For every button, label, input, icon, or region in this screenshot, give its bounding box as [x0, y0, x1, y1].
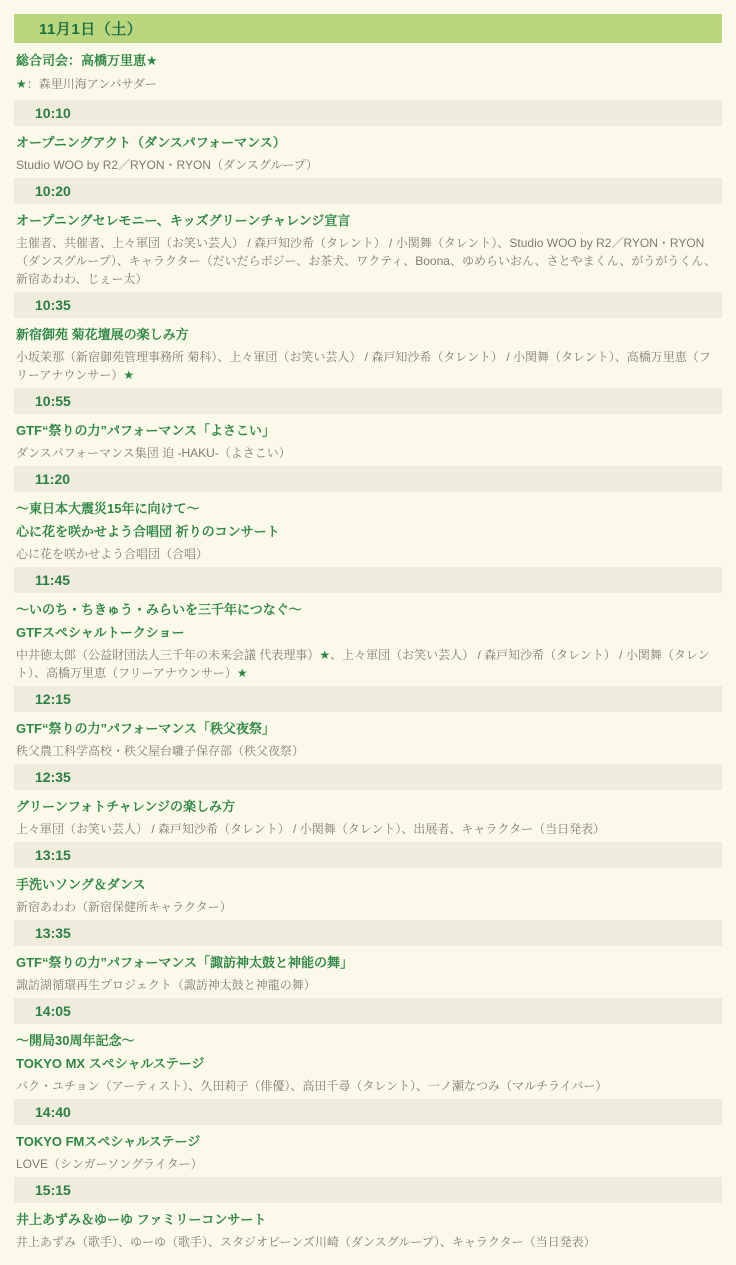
event-title: ～開局30周年記念～ — [16, 1031, 722, 1050]
event-titles: グリーンフォトチャレンジの楽しみ方 — [14, 797, 722, 816]
time-slot-bar: 13:35 — [14, 920, 722, 946]
ambassador-note: ★：森里川海アンバサダー — [16, 75, 722, 93]
event-title: GTF“祭りの力”パフォーマンス「諏訪神太鼓と神能の舞」 — [16, 953, 722, 972]
event-block-10-10: 10:10 オープニングアクト（ダンスパフォーマンス） Studio WOO b… — [14, 100, 722, 174]
event-block-14-05: 14:05 ～開局30周年記念～TOKYO MX スペシャルステージ パク・ユチ… — [14, 998, 722, 1095]
event-title: ～東日本大震災15年に向けて～ — [16, 499, 722, 518]
event-title: 新宿御苑 菊花壇展の楽しみ方 — [16, 325, 722, 344]
schedule-page: 11月1日（土） 総合司会：高橋万里恵★ ★：森里川海アンバサダー 10:10 … — [0, 0, 736, 1265]
event-cast: 秩父農工科学高校・秩父屋台囃子保存部（秩父夜祭） — [16, 742, 722, 760]
event-title: GTFスペシャルトークショー — [16, 623, 722, 642]
event-titles: オープニングアクト（ダンスパフォーマンス） — [14, 133, 722, 152]
event-title: オープニングセレモニー、キッズグリーンチャレンジ宣言 — [16, 211, 722, 230]
star-icon: ★ — [16, 77, 27, 91]
event-title: 心に花を咲かせよう合唱団 祈りのコンサート — [16, 522, 722, 541]
star-icon: ★ — [319, 648, 330, 662]
event-titles: ～東日本大震災15年に向けて～心に花を咲かせよう合唱団 祈りのコンサート — [14, 499, 722, 541]
time-slot-bar: 10:55 — [14, 388, 722, 414]
date-header: 11月1日（土） — [14, 14, 722, 43]
event-cast: Studio WOO by R2／RYON・RYON（ダンスグループ） — [16, 156, 722, 174]
mc-line: 総合司会：高橋万里恵★ — [16, 52, 722, 70]
event-title: グリーンフォトチャレンジの楽しみ方 — [16, 797, 722, 816]
time-slot-bar: 10:20 — [14, 178, 722, 204]
time-slot-bar: 12:35 — [14, 764, 722, 790]
time-slot-bar: 15:15 — [14, 1177, 722, 1203]
time-label: 13:15 — [35, 847, 71, 863]
schedule-list: 10:10 オープニングアクト（ダンスパフォーマンス） Studio WOO b… — [14, 100, 722, 1251]
event-cast: パク・ユチョン（アーティスト）、久田莉子（俳優）、高田千尋（タレント）、一ノ瀬な… — [16, 1077, 722, 1095]
time-label: 12:35 — [35, 769, 71, 785]
event-titles: 新宿御苑 菊花壇展の楽しみ方 — [14, 325, 722, 344]
event-titles: GTF“祭りの力”パフォーマンス「よさこい」 — [14, 421, 722, 440]
event-title: GTF“祭りの力”パフォーマンス「よさこい」 — [16, 421, 722, 440]
event-title: TOKYO FMスペシャルステージ — [16, 1132, 722, 1151]
time-slot-bar: 14:05 — [14, 998, 722, 1024]
event-titles: ～いのち・ちきゅう・みらいを三千年につなぐ～GTFスペシャルトークショー — [14, 600, 722, 642]
star-icon: ★ — [237, 666, 248, 680]
time-label: 12:15 — [35, 691, 71, 707]
time-label: 10:20 — [35, 183, 71, 199]
time-label: 14:40 — [35, 1104, 71, 1120]
event-block-13-15: 13:15 手洗いソング＆ダンス 新宿あわわ（新宿保健所キャラクター） — [14, 842, 722, 916]
event-title: オープニングアクト（ダンスパフォーマンス） — [16, 133, 722, 152]
event-block-10-20: 10:20 オープニングセレモニー、キッズグリーンチャレンジ宣言 主催者、共催者… — [14, 178, 722, 288]
time-label: 15:15 — [35, 1182, 71, 1198]
event-block-12-15: 12:15 GTF“祭りの力”パフォーマンス「秩父夜祭」 秩父農工科学高校・秩父… — [14, 686, 722, 760]
star-icon: ★ — [123, 368, 134, 382]
time-label: 10:55 — [35, 393, 71, 409]
time-label: 11:45 — [35, 572, 70, 588]
time-slot-bar: 10:35 — [14, 292, 722, 318]
time-slot-bar: 13:15 — [14, 842, 722, 868]
event-block-15-15: 15:15 井上あずみ＆ゆーゆ ファミリーコンサート 井上あずみ（歌手）、ゆーゆ… — [14, 1177, 722, 1251]
event-title: 井上あずみ＆ゆーゆ ファミリーコンサート — [16, 1210, 722, 1229]
event-titles: GTF“祭りの力”パフォーマンス「諏訪神太鼓と神能の舞」 — [14, 953, 722, 972]
event-cast: 諏訪湖循環再生プロジェクト（諏訪神太鼓と神龍の舞） — [16, 976, 722, 994]
event-titles: オープニングセレモニー、キッズグリーンチャレンジ宣言 — [14, 211, 722, 230]
event-cast: 新宿あわわ（新宿保健所キャラクター） — [16, 898, 722, 916]
event-titles: GTF“祭りの力”パフォーマンス「秩父夜祭」 — [14, 719, 722, 738]
ambassador-note-text: ：森里川海アンバサダー — [27, 77, 157, 91]
date-title: 11月1日（土） — [39, 18, 142, 39]
event-block-13-35: 13:35 GTF“祭りの力”パフォーマンス「諏訪神太鼓と神能の舞」 諏訪湖循環… — [14, 920, 722, 994]
time-label: 11:20 — [35, 471, 70, 487]
event-title: GTF“祭りの力”パフォーマンス「秩父夜祭」 — [16, 719, 722, 738]
time-slot-bar: 10:10 — [14, 100, 722, 126]
time-label: 10:35 — [35, 297, 71, 313]
event-titles: 手洗いソング＆ダンス — [14, 875, 722, 894]
event-cast: 心に花を咲かせよう合唱団（合唱） — [16, 545, 722, 563]
time-label: 14:05 — [35, 1003, 71, 1019]
time-slot-bar: 11:20 — [14, 466, 722, 492]
event-block-10-55: 10:55 GTF“祭りの力”パフォーマンス「よさこい」 ダンスパフォーマンス集… — [14, 388, 722, 462]
event-cast: 中井徳太郎（公益財団法人三千年の未来会議 代表理事）★、上々軍団（お笑い芸人） … — [16, 646, 722, 682]
event-cast: 小坂茉那（新宿御苑管理事務所 菊科）、上々軍団（お笑い芸人） / 森戸知沙希（タ… — [16, 348, 722, 384]
event-cast: ダンスパフォーマンス集団 迫 -HAKU-（よさこい） — [16, 444, 722, 462]
event-cast: 井上あずみ（歌手）、ゆーゆ（歌手）、スタジオビーンズ川崎（ダンスグループ）、キャ… — [16, 1233, 722, 1251]
event-title: ～いのち・ちきゅう・みらいを三千年につなぐ～ — [16, 600, 722, 619]
event-block-11-20: 11:20 ～東日本大震災15年に向けて～心に花を咲かせよう合唱団 祈りのコンサ… — [14, 466, 722, 563]
event-titles: ～開局30周年記念～TOKYO MX スペシャルステージ — [14, 1031, 722, 1073]
event-cast: 上々軍団（お笑い芸人） / 森戸知沙希（タレント） / 小関舞（タレント）、出展… — [16, 820, 722, 838]
event-title: 手洗いソング＆ダンス — [16, 875, 722, 894]
time-slot-bar: 14:40 — [14, 1099, 722, 1125]
event-block-10-35: 10:35 新宿御苑 菊花壇展の楽しみ方 小坂茉那（新宿御苑管理事務所 菊科）、… — [14, 292, 722, 384]
time-slot-bar: 12:15 — [14, 686, 722, 712]
event-block-11-45: 11:45 ～いのち・ちきゅう・みらいを三千年につなぐ～GTFスペシャルトークシ… — [14, 567, 722, 682]
event-cast: LOVE（シンガーソングライター） — [16, 1155, 722, 1173]
event-title: TOKYO MX スペシャルステージ — [16, 1054, 722, 1073]
time-slot-bar: 11:45 — [14, 567, 722, 593]
event-cast: 主催者、共催者、上々軍団（お笑い芸人） / 森戸知沙希（タレント） / 小関舞（… — [16, 234, 722, 288]
event-block-14-40: 14:40 TOKYO FMスペシャルステージ LOVE（シンガーソングライター… — [14, 1099, 722, 1173]
time-label: 10:10 — [35, 105, 71, 121]
event-titles: TOKYO FMスペシャルステージ — [14, 1132, 722, 1151]
event-block-12-35: 12:35 グリーンフォトチャレンジの楽しみ方 上々軍団（お笑い芸人） / 森戸… — [14, 764, 722, 838]
event-titles: 井上あずみ＆ゆーゆ ファミリーコンサート — [14, 1210, 722, 1229]
time-label: 13:35 — [35, 925, 71, 941]
